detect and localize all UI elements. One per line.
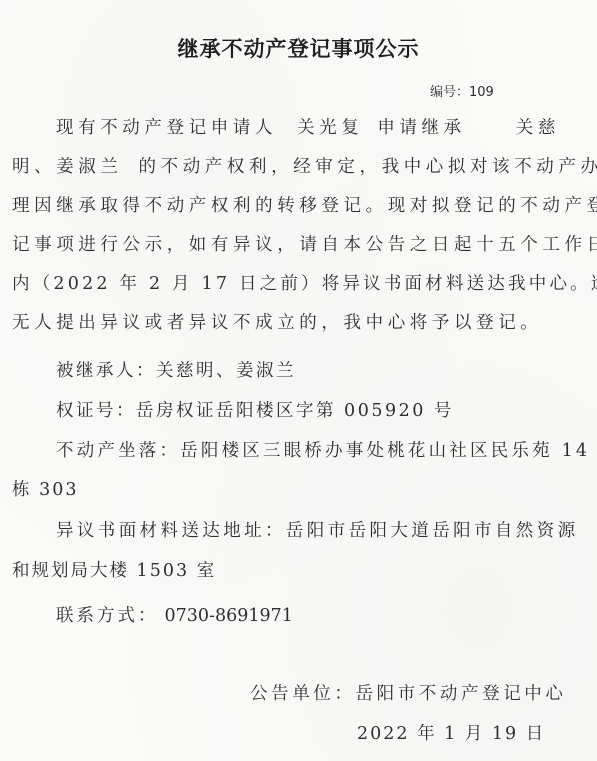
- location-value-continued: 栋 303: [12, 479, 578, 501]
- certificate-value: 岳房权证岳阳楼区字第 005920 号: [136, 401, 454, 421]
- body-line-2: 明、姜淑兰的不动产权利，经审定，我中心拟对该不动产办: [12, 156, 578, 178]
- body-line-6: 无人提出异议或者异议不成立的，我中心将予以登记。: [12, 312, 578, 334]
- body-line-3: 理因继承取得不动产权利的转移登记。现对拟登记的不动产登: [12, 195, 578, 217]
- decedent-field: 被继承人：关慈明、姜淑兰: [56, 360, 578, 382]
- body-line-4: 记事项进行公示，如有异议，请自本公告之日起十五个工作日: [12, 234, 578, 256]
- decedent-value: 关慈明、姜淑兰: [156, 361, 296, 381]
- issuing-unit: 公告单位：岳阳市不动产登记中心: [250, 680, 567, 705]
- issuing-unit-label: 公告单位：: [250, 684, 356, 704]
- document-number-value: 109: [469, 85, 494, 100]
- document-number-label: 编号：: [430, 85, 469, 100]
- body-text: 关慈: [516, 118, 560, 138]
- address-field: 异议书面材料送达地址：岳阳市岳阳大道岳阳市自然资源: [56, 520, 578, 542]
- issue-date: 2022 年 1 月 19 日: [357, 720, 545, 745]
- body-text: 的不动产权利，经审定，我中心拟对该不动产办: [139, 157, 597, 177]
- contact-field: 联系方式：0730-8691971: [56, 605, 578, 627]
- document-page: 继承不动产登记事项公示 编号：109 现有不动产登记申请人关光复申请继承关慈 明…: [0, 0, 597, 761]
- location-value: 岳阳楼区三眼桥办事处桃花山社区民乐苑 14: [180, 441, 590, 461]
- address-label: 异议书面材料送达地址：: [56, 521, 286, 541]
- decedent-label: 被继承人：: [56, 361, 156, 381]
- document-number: 编号：109: [430, 81, 494, 100]
- location-label: 不动产坐落：: [56, 441, 180, 461]
- body-line-1: 现有不动产登记申请人关光复申请继承关慈: [56, 117, 578, 139]
- body-text: 明、姜淑兰: [12, 157, 123, 177]
- page-title: 继承不动产登记事项公示: [0, 33, 597, 63]
- location-field: 不动产坐落：岳阳楼区三眼桥办事处桃花山社区民乐苑 14: [56, 440, 578, 462]
- body-text: 申请继承: [377, 118, 465, 138]
- contact-value: 0730-8691971: [165, 606, 293, 626]
- issuing-unit-value: 岳阳市不动产登记中心: [356, 684, 567, 704]
- address-value: 岳阳市岳阳大道岳阳市自然资源: [286, 521, 579, 541]
- applicant-name: 关光复: [297, 118, 363, 138]
- body-text: 现有不动产登记申请人: [56, 118, 277, 138]
- address-value-continued: 和规划局大楼 1503 室: [12, 560, 578, 582]
- contact-label: 联系方式：: [56, 606, 159, 626]
- certificate-field: 权证号：岳房权证岳阳楼区字第 005920 号: [56, 400, 578, 422]
- body-line-5: 内（2022 年 2 月 17 日之前）将异议书面材料送达我中心。逾期: [12, 273, 578, 295]
- certificate-label: 权证号：: [56, 401, 136, 421]
